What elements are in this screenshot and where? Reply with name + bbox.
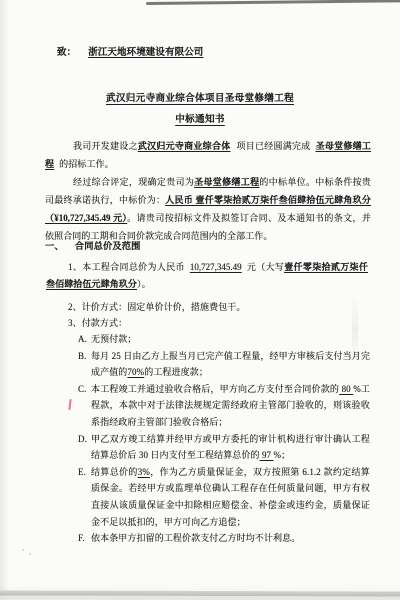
payment-method-item: 3、付款方式： <box>46 316 368 330</box>
scan-top-edge-artifact <box>146 0 400 5</box>
project-name-emphasis: 武汉归元寺商业综合体 <box>138 141 237 151</box>
works-name-emphasis: 圣母堂修缮工程 <box>194 177 259 187</box>
section-heading-contract-price: 一、合同总价及范围 <box>45 240 141 254</box>
award-amount-chinese: 人民币 壹仟零柒拾贰万柒仟叁佰肆拾伍元肆角玖分 <box>165 195 371 205</box>
payment-term-e: E.结算总价的3%，作为乙方质量保证金，双方按照第 6.1.2 款约定结算质保金… <box>78 464 370 530</box>
payment-terms-list: A.无预付款； B.每月 25 日由乙方上报当月已完产值工程量，经甲方审核后支付… <box>78 331 370 547</box>
percent-value: 97 <box>260 450 274 460</box>
pricing-method-item: 2、计价方式：固定单价计价，措施费包干。 <box>46 300 368 314</box>
pencil-speck <box>22 549 24 551</box>
award-amount-numeric: （¥10,727,345.49 元） <box>45 213 127 223</box>
section-number: 一、 <box>45 242 64 252</box>
scanned-document-page: 致：浙江天地环境建设有限公司 武汉归元寺商业综合体项目圣母堂修缮工程 中标通知书… <box>0 0 400 600</box>
term-letter: A. <box>78 331 87 348</box>
percent-value: 3% <box>138 467 150 477</box>
addressee-label: 致： <box>57 48 76 58</box>
percent-value: 80 <box>339 384 353 394</box>
addressee-line: 致：浙江天地环境建设有限公司 <box>57 47 208 60</box>
term-letter: E. <box>78 464 86 481</box>
document-title-type: 中标通知书 <box>0 113 400 126</box>
paragraph-award-price: 经过综合评定，现确定贵司为圣母堂修缮工程的中标单位。中标条件按贵司最终承诺执行，… <box>45 173 371 245</box>
section-title: 合同总价及范围 <box>75 242 141 252</box>
contract-amount-numeric: 10,727,345.49 <box>185 262 247 272</box>
payment-term-d: D.甲乙双方竣工结算并经甲方或甲方委托的审计机构进行审计确认工程结算总价后 30… <box>78 431 370 464</box>
document-body: 我司开发建设之武汉归元寺商业综合体项目已经圆满完成圣母堂修缮工程的招标工作。 经… <box>45 137 371 245</box>
percent-value: 70% <box>127 367 144 377</box>
payment-term-b: B.每月 25 日由乙方上报当月已完产值工程量，经甲方审核后支付当月完成产值的7… <box>78 348 370 381</box>
term-letter: F. <box>78 530 85 547</box>
document-title-project: 武汉归元寺商业综合体项目圣母堂修缮工程 <box>0 92 400 105</box>
term-letter: C. <box>78 381 86 398</box>
payment-term-a: A.无预付款； <box>78 331 370 348</box>
addressee-company: 浙江天地环境建设有限公司 <box>85 48 208 58</box>
payment-term-c: C.本工程竣工并通过验收合格后，甲方向乙方支付至合同价款的 80 %工程款，本款… <box>78 381 370 431</box>
pencil-speck <box>29 553 31 555</box>
contract-total-item: 1、本工程合同总价为人民币10,727,345.49元（大写壹仟零柒拾贰万柒仟叁… <box>46 259 368 293</box>
paragraph-tender-complete: 我司开发建设之武汉归元寺商业综合体项目已经圆满完成圣母堂修缮工程的招标工作。 <box>45 137 371 173</box>
payment-term-f: F.依本条甲方扣留的工程价款支付乙方时均不计利息。 <box>78 530 370 547</box>
term-letter: D. <box>78 431 87 448</box>
red-pen-mark <box>68 399 72 410</box>
scan-bottom-edge-shadow <box>0 595 400 600</box>
term-letter: B. <box>78 348 86 365</box>
